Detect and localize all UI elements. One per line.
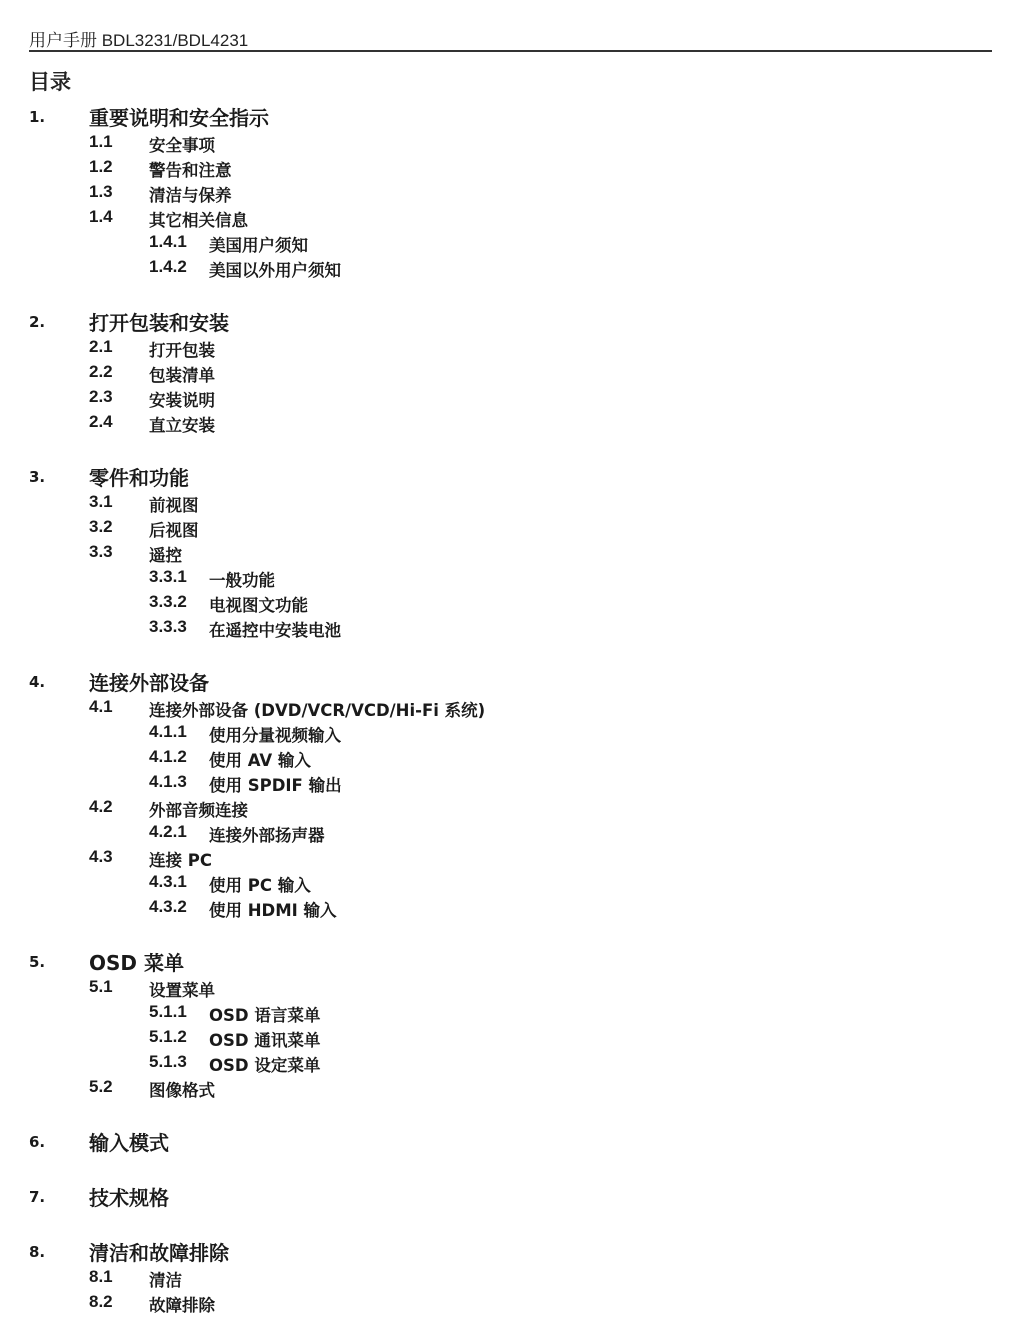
toc-entry-5-1-1[interactable]: 5.1.1 OSD 语言菜单 — [0, 1002, 1020, 1027]
toc-entry-2[interactable]: 2. 打开包装和安装 — [0, 307, 1020, 337]
entry-title: 后视图 — [149, 517, 199, 541]
entry-title: 电视图文功能 — [209, 592, 308, 616]
toc-entry-2-1[interactable]: 2.1 打开包装 — [0, 337, 1020, 362]
entry-number: 1.1 — [89, 132, 113, 152]
section-title: 打开包装和安装 — [89, 307, 229, 336]
entry-number: 4.3.2 — [149, 897, 187, 917]
entry-title: 一般功能 — [209, 567, 275, 591]
entry-number: 1.4.2 — [149, 257, 187, 277]
toc-entry-4-1[interactable]: 4.1 连接外部设备 (DVD/VCR/VCD/Hi-Fi 系统) — [0, 697, 1020, 722]
toc-entry-3-2[interactable]: 3.2 后视图 — [0, 517, 1020, 542]
section-title: 重要说明和安全指示 — [89, 102, 269, 131]
entry-number: 1.2 — [89, 157, 113, 177]
entry-title: 美国以外用户须知 — [209, 257, 341, 281]
entry-title: 遥控 — [149, 542, 182, 566]
toc-entry-4[interactable]: 4. 连接外部设备 — [0, 667, 1020, 697]
toc-entry-1-1[interactable]: 1.1 安全事项 — [0, 132, 1020, 157]
entry-number: 5.1.1 — [149, 1002, 187, 1022]
toc-entry-8[interactable]: 8. 清洁和故障排除 — [0, 1237, 1020, 1267]
entry-title: 外部音频连接 — [149, 797, 248, 821]
toc-entry-8-2[interactable]: 8.2 故障排除 — [0, 1292, 1020, 1317]
toc-entry-5-2[interactable]: 5.2 图像格式 — [0, 1077, 1020, 1102]
toc-entry-3[interactable]: 3. 零件和功能 — [0, 462, 1020, 492]
toc-entry-3-3[interactable]: 3.3 遥控 — [0, 542, 1020, 567]
entry-title: 图像格式 — [149, 1077, 215, 1101]
toc-entry-4-1-3[interactable]: 4.1.3 使用 SPDIF 输出 — [0, 772, 1020, 797]
entry-number: 5.2 — [89, 1077, 113, 1097]
entry-number: 4.3.1 — [149, 872, 187, 892]
toc-section-2: 2. 打开包装和安装 2.1 打开包装 2.2 包装清单 2.3 安装说明 2.… — [0, 307, 1020, 437]
entry-number: 4.2.1 — [149, 822, 187, 842]
toc-entry-4-3-1[interactable]: 4.3.1 使用 PC 输入 — [0, 872, 1020, 897]
toc-section-7: 7. 技术规格 — [0, 1182, 1020, 1212]
entry-title: 安装说明 — [149, 387, 215, 411]
toc-entry-3-3-1[interactable]: 3.3.1 一般功能 — [0, 567, 1020, 592]
entry-title: 故障排除 — [149, 1292, 215, 1316]
entry-title: 设置菜单 — [149, 977, 215, 1001]
toc-entry-5-1-2[interactable]: 5.1.2 OSD 通讯菜单 — [0, 1027, 1020, 1052]
entry-title: 在遥控中安装电池 — [209, 617, 341, 641]
toc-entry-6[interactable]: 6. 输入模式 — [0, 1127, 1020, 1157]
running-header: 用户手册 BDL3231/BDL4231 — [29, 26, 248, 51]
toc-entry-1[interactable]: 1. 重要说明和安全指示 — [0, 102, 1020, 132]
section-title: 输入模式 — [89, 1127, 169, 1156]
toc-entry-1-4-2[interactable]: 1.4.2 美国以外用户须知 — [0, 257, 1020, 282]
entry-title: 警告和注意 — [149, 157, 232, 181]
entry-number: 2.3 — [89, 387, 113, 407]
section-number: 2. — [29, 313, 45, 331]
entry-title: 使用 SPDIF 输出 — [209, 772, 342, 796]
entry-number: 2.2 — [89, 362, 113, 382]
toc-entry-4-2[interactable]: 4.2 外部音频连接 — [0, 797, 1020, 822]
toc-entry-4-1-2[interactable]: 4.1.2 使用 AV 输入 — [0, 747, 1020, 772]
section-title: OSD 菜单 — [89, 947, 184, 976]
toc-entry-3-1[interactable]: 3.1 前视图 — [0, 492, 1020, 517]
entry-number: 3.3.1 — [149, 567, 187, 587]
entry-number: 8.1 — [89, 1267, 113, 1287]
entry-title: 打开包装 — [149, 337, 215, 361]
toc-title: 目录 — [29, 66, 71, 96]
entry-number: 4.1.3 — [149, 772, 187, 792]
entry-title: 其它相关信息 — [149, 207, 248, 231]
entry-number: 3.1 — [89, 492, 113, 512]
entry-title: 使用 PC 输入 — [209, 872, 311, 896]
toc-entry-5-1[interactable]: 5.1 设置菜单 — [0, 977, 1020, 1002]
entry-number: 4.2 — [89, 797, 113, 817]
toc-entry-8-1[interactable]: 8.1 清洁 — [0, 1267, 1020, 1292]
toc-section-3: 3. 零件和功能 3.1 前视图 3.2 后视图 3.3 遥控 3.3.1 一般… — [0, 462, 1020, 642]
entry-title: 前视图 — [149, 492, 199, 516]
entry-title: 包装清单 — [149, 362, 215, 386]
entry-number: 4.1 — [89, 697, 113, 717]
toc-entry-1-4[interactable]: 1.4 其它相关信息 — [0, 207, 1020, 232]
section-title: 技术规格 — [89, 1182, 169, 1211]
toc-entry-3-3-3[interactable]: 3.3.3 在遥控中安装电池 — [0, 617, 1020, 642]
entry-number: 1.3 — [89, 182, 113, 202]
toc-entry-2-4[interactable]: 2.4 直立安装 — [0, 412, 1020, 437]
entry-title: 连接外部扬声器 — [209, 822, 325, 846]
entry-number: 3.3 — [89, 542, 113, 562]
toc-entry-5-1-3[interactable]: 5.1.3 OSD 设定菜单 — [0, 1052, 1020, 1077]
entry-title: OSD 语言菜单 — [209, 1002, 320, 1026]
entry-title: 清洁 — [149, 1267, 182, 1291]
entry-number: 1.4.1 — [149, 232, 187, 252]
entry-number: 4.1.2 — [149, 747, 187, 767]
entry-title: 直立安装 — [149, 412, 215, 436]
entry-number: 2.1 — [89, 337, 113, 357]
entry-title: 连接外部设备 (DVD/VCR/VCD/Hi-Fi 系统) — [149, 697, 485, 721]
entry-number: 2.4 — [89, 412, 113, 432]
entry-number: 3.3.2 — [149, 592, 187, 612]
entry-title: 连接 PC — [149, 847, 212, 871]
toc-entry-2-3[interactable]: 2.3 安装说明 — [0, 387, 1020, 412]
section-number: 7. — [29, 1188, 45, 1206]
toc-entry-4-3[interactable]: 4.3 连接 PC — [0, 847, 1020, 872]
header-divider — [29, 50, 992, 52]
section-title: 连接外部设备 — [89, 667, 209, 696]
toc-section-5: 5. OSD 菜单 5.1 设置菜单 5.1.1 OSD 语言菜单 5.1.2 … — [0, 947, 1020, 1102]
section-number: 8. — [29, 1243, 45, 1261]
entry-title: 美国用户须知 — [209, 232, 308, 256]
entry-number: 4.1.1 — [149, 722, 187, 742]
toc-entry-4-1-1[interactable]: 4.1.1 使用分量视频输入 — [0, 722, 1020, 747]
entry-number: 1.4 — [89, 207, 113, 227]
entry-number: 8.2 — [89, 1292, 113, 1312]
toc-entry-4-3-2[interactable]: 4.3.2 使用 HDMI 输入 — [0, 897, 1020, 922]
entry-title: 安全事项 — [149, 132, 215, 156]
section-number: 3. — [29, 468, 45, 486]
entry-title: 使用分量视频输入 — [209, 722, 341, 746]
entry-title: 使用 HDMI 输入 — [209, 897, 337, 921]
toc-entry-3-3-2[interactable]: 3.3.2 电视图文功能 — [0, 592, 1020, 617]
entry-title: OSD 通讯菜单 — [209, 1027, 320, 1051]
toc-entry-5[interactable]: 5. OSD 菜单 — [0, 947, 1020, 977]
toc-entry-1-4-1[interactable]: 1.4.1 美国用户须知 — [0, 232, 1020, 257]
entry-number: 3.3.3 — [149, 617, 187, 637]
entry-number: 5.1.2 — [149, 1027, 187, 1047]
entry-number: 5.1.3 — [149, 1052, 187, 1072]
toc-entry-1-2[interactable]: 1.2 警告和注意 — [0, 157, 1020, 182]
section-title: 清洁和故障排除 — [89, 1237, 229, 1266]
entry-title: 使用 AV 输入 — [209, 747, 311, 771]
toc-section-1: 1. 重要说明和安全指示 1.1 安全事项 1.2 警告和注意 1.3 清洁与保… — [0, 102, 1020, 282]
toc-entry-1-3[interactable]: 1.3 清洁与保养 — [0, 182, 1020, 207]
toc-section-6: 6. 输入模式 — [0, 1127, 1020, 1157]
entry-number: 4.3 — [89, 847, 113, 867]
toc-section-4: 4. 连接外部设备 4.1 连接外部设备 (DVD/VCR/VCD/Hi-Fi … — [0, 667, 1020, 922]
toc-entry-7[interactable]: 7. 技术规格 — [0, 1182, 1020, 1212]
toc-section-8: 8. 清洁和故障排除 8.1 清洁 8.2 故障排除 — [0, 1237, 1020, 1317]
section-number: 6. — [29, 1133, 45, 1151]
entry-title: 清洁与保养 — [149, 182, 232, 206]
entry-number: 3.2 — [89, 517, 113, 537]
entry-number: 5.1 — [89, 977, 113, 997]
toc-entry-2-2[interactable]: 2.2 包装清单 — [0, 362, 1020, 387]
table-of-contents: 1. 重要说明和安全指示 1.1 安全事项 1.2 警告和注意 1.3 清洁与保… — [0, 102, 1020, 1317]
toc-entry-4-2-1[interactable]: 4.2.1 连接外部扬声器 — [0, 822, 1020, 847]
section-number: 1. — [29, 108, 45, 126]
section-title: 零件和功能 — [89, 462, 189, 491]
section-number: 5. — [29, 953, 45, 971]
entry-title: OSD 设定菜单 — [209, 1052, 320, 1076]
section-number: 4. — [29, 673, 45, 691]
